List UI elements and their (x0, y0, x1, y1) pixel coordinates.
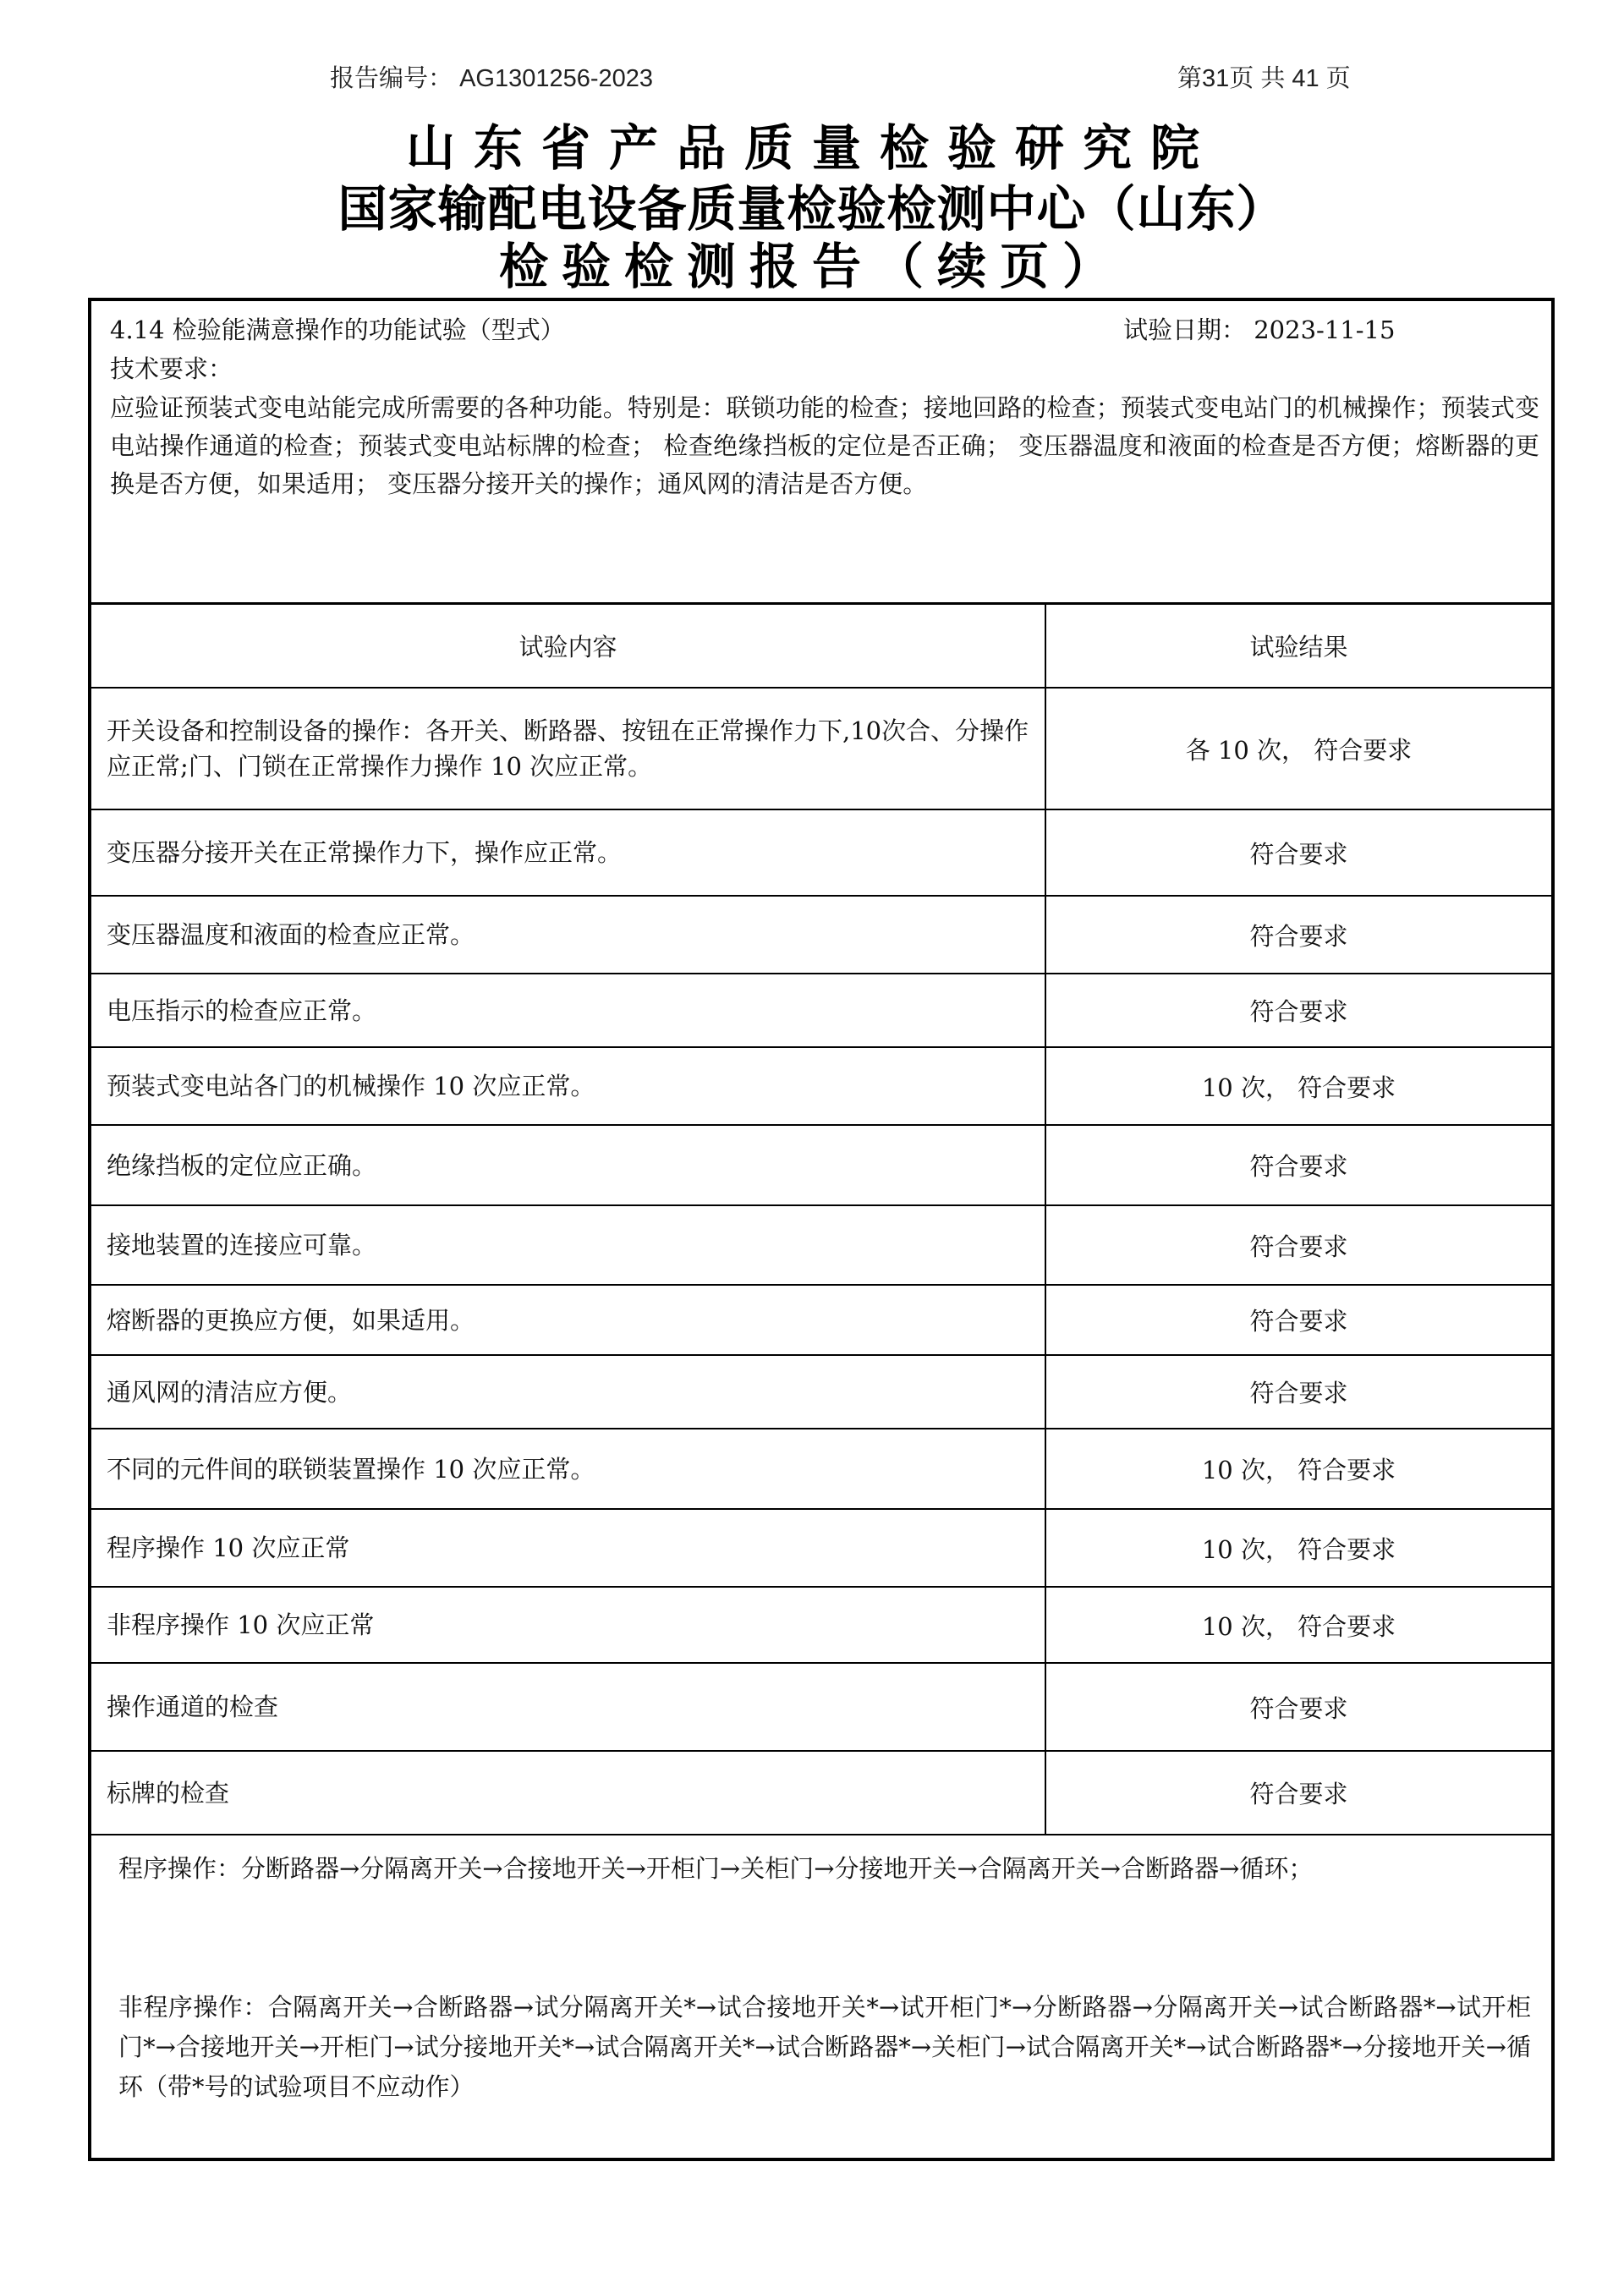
row-content: 开关设备和控制设备的操作：各开关、断路器、按钮在正常操作力下,10次合、分操作应… (91, 688, 1045, 809)
report-number-value: AG1301256-2023 (459, 65, 653, 92)
test-date: 试验日期： 2023-11-15 (1123, 311, 1395, 346)
table-header-row: 试验内容 试验结果 (91, 603, 1551, 688)
table-row: 程序操作 10 次应正常10 次， 符合要求 (91, 1509, 1551, 1587)
row-content: 预装式变电站各门的机械操作 10 次应正常。 (91, 1047, 1045, 1125)
report-box: 4.14 检验能满意操作的功能试验（型式） 试验日期： 2023-11-15 技… (88, 298, 1555, 2161)
row-content: 变压器温度和液面的检查应正常。 (91, 896, 1045, 974)
row-result: 符合要求 (1045, 809, 1551, 896)
report-title: 检验检测报告（续页） (0, 227, 1624, 298)
report-number-label: 报告编号： (330, 65, 453, 92)
section-title: 4.14 检验能满意操作的功能试验（型式） (110, 311, 565, 346)
row-content: 标牌的检查 (91, 1751, 1045, 1835)
page-info: 第31页 共 41 页 (1177, 59, 1351, 94)
table-row: 绝缘挡板的定位应正确。符合要求 (91, 1125, 1551, 1205)
requirements-label: 技术要求： (110, 350, 233, 385)
table-row: 不同的元件间的联锁装置操作 10 次应正常。10 次， 符合要求 (91, 1429, 1551, 1509)
requirements-text: 应验证预装式变电站能完成所需要的各种功能。特别是：联锁功能的检查；接地回路的检查… (110, 389, 1539, 503)
header-result: 试验结果 (1045, 603, 1551, 688)
operation-notes: 程序操作：分断路器→分隔离开关→合接地开关→开柜门→关柜门→分接地开关→合隔离开… (91, 1839, 1551, 2158)
row-result: 符合要求 (1045, 1355, 1551, 1429)
test-date-value: 2023-11-15 (1254, 315, 1395, 344)
table-row: 开关设备和控制设备的操作：各开关、断路器、按钮在正常操作力下,10次合、分操作应… (91, 688, 1551, 809)
program-operation-note: 程序操作：分断路器→分隔离开关→合接地开关→开柜门→关柜门→分接地开关→合隔离开… (118, 1849, 1531, 1889)
results-table: 试验内容 试验结果 开关设备和控制设备的操作：各开关、断路器、按钮在正常操作力下… (91, 602, 1551, 1835)
row-result: 10 次， 符合要求 (1045, 1587, 1551, 1663)
row-content: 熔断器的更换应方便，如果适用。 (91, 1285, 1045, 1355)
table-row: 非程序操作 10 次应正常10 次， 符合要求 (91, 1587, 1551, 1663)
row-result: 10 次， 符合要求 (1045, 1429, 1551, 1509)
row-result: 符合要求 (1045, 1663, 1551, 1751)
row-content: 绝缘挡板的定位应正确。 (91, 1125, 1045, 1205)
row-result: 符合要求 (1045, 974, 1551, 1047)
row-result: 符合要求 (1045, 1285, 1551, 1355)
row-content: 程序操作 10 次应正常 (91, 1509, 1045, 1587)
table-row: 熔断器的更换应方便，如果适用。符合要求 (91, 1285, 1551, 1355)
row-content: 通风网的清洁应方便。 (91, 1355, 1045, 1429)
table-row: 标牌的检查符合要求 (91, 1751, 1551, 1835)
table-row: 操作通道的检查符合要求 (91, 1663, 1551, 1751)
test-date-label: 试验日期： (1123, 315, 1246, 344)
table-row: 通风网的清洁应方便。符合要求 (91, 1355, 1551, 1429)
table-row: 预装式变电站各门的机械操作 10 次应正常。10 次， 符合要求 (91, 1047, 1551, 1125)
row-content: 不同的元件间的联锁装置操作 10 次应正常。 (91, 1429, 1045, 1509)
table-row: 变压器分接开关在正常操作力下，操作应正常。符合要求 (91, 809, 1551, 896)
row-result: 符合要求 (1045, 1205, 1551, 1285)
row-result: 10 次， 符合要求 (1045, 1509, 1551, 1587)
row-content: 接地装置的连接应可靠。 (91, 1205, 1045, 1285)
row-result: 10 次， 符合要求 (1045, 1047, 1551, 1125)
row-content: 变压器分接开关在正常操作力下，操作应正常。 (91, 809, 1045, 896)
row-result: 各 10 次， 符合要求 (1045, 688, 1551, 809)
row-content: 电压指示的检查应正常。 (91, 974, 1045, 1047)
requirements-section: 4.14 检验能满意操作的功能试验（型式） 试验日期： 2023-11-15 技… (91, 301, 1551, 605)
table-row: 变压器温度和液面的检查应正常。符合要求 (91, 896, 1551, 974)
row-content: 非程序操作 10 次应正常 (91, 1587, 1045, 1663)
header-content: 试验内容 (91, 603, 1045, 688)
non-program-operation-note: 非程序操作：合隔离开关→合断路器→试分隔离开关*→试合接地开关*→试开柜门*→分… (118, 1988, 1531, 2107)
row-content: 操作通道的检查 (91, 1663, 1045, 1751)
row-result: 符合要求 (1045, 1125, 1551, 1205)
row-result: 符合要求 (1045, 1751, 1551, 1835)
table-row: 接地装置的连接应可靠。符合要求 (91, 1205, 1551, 1285)
table-row: 电压指示的检查应正常。符合要求 (91, 974, 1551, 1047)
report-number: 报告编号： AG1301256-2023 (330, 59, 653, 94)
row-result: 符合要求 (1045, 896, 1551, 974)
